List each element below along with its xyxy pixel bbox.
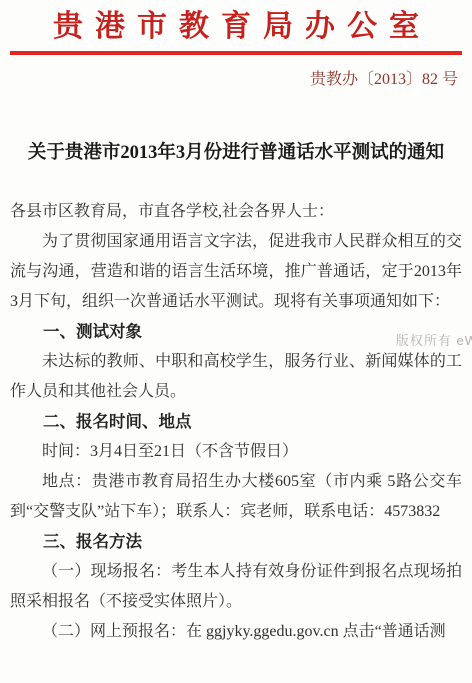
- section-2-heading: 二、报名时间、地点: [10, 407, 462, 437]
- section-3-heading: 三、报名方法: [10, 527, 462, 557]
- document-title: 关于贵港市2013年3月份进行普通话水平测试的通知: [0, 140, 472, 166]
- document-number: 贵教办〔2013〕82 号: [0, 70, 472, 90]
- salutation: 各县市区教育局，市直各学校,社会各界人士：: [10, 197, 462, 227]
- section-2-paragraph-time: 时间：3月4日至21日（不含节假日）: [10, 437, 462, 467]
- letterhead-org-name: 贵港市教育局办公室: [0, 9, 472, 45]
- letterhead-rule: [10, 51, 462, 55]
- letterhead: 贵港市教育局办公室 贵教办〔2013〕82 号: [0, 9, 472, 90]
- copyright-watermark: 版权所有 eWe: [396, 330, 472, 349]
- intro-paragraph: 为了贯彻国家通用语言文字法，促进我市人民群众相互的交流与沟通，营造和谐的语言生活…: [10, 227, 462, 317]
- section-3-paragraph-online: （二）网上预报名：在 ggjyky.ggedu.gov.cn 点击“普通话测: [10, 617, 462, 647]
- section-1-paragraph: 未达标的教师、中职和高校学生，服务行业、新闻媒体的工作人员和其他社会人员。: [10, 347, 462, 407]
- section-2-paragraph-place: 地点：贵港市教育局招生办大楼605室（市内乘 5路公交车到“交警支队”站下车）；…: [10, 467, 462, 527]
- section-1-heading: 一、测试对象: [10, 317, 462, 347]
- document-body: 各县市区教育局，市直各学校,社会各界人士： 为了贯彻国家通用语言文字法，促进我市…: [10, 197, 462, 647]
- section-3-paragraph-onsite: （一）现场报名：考生本人持有效身份证件到报名点现场拍照采相报名（不接受实体照片）…: [10, 557, 462, 617]
- document-page: 贵港市教育局办公室 贵教办〔2013〕82 号 关于贵港市2013年3月份进行普…: [0, 0, 472, 683]
